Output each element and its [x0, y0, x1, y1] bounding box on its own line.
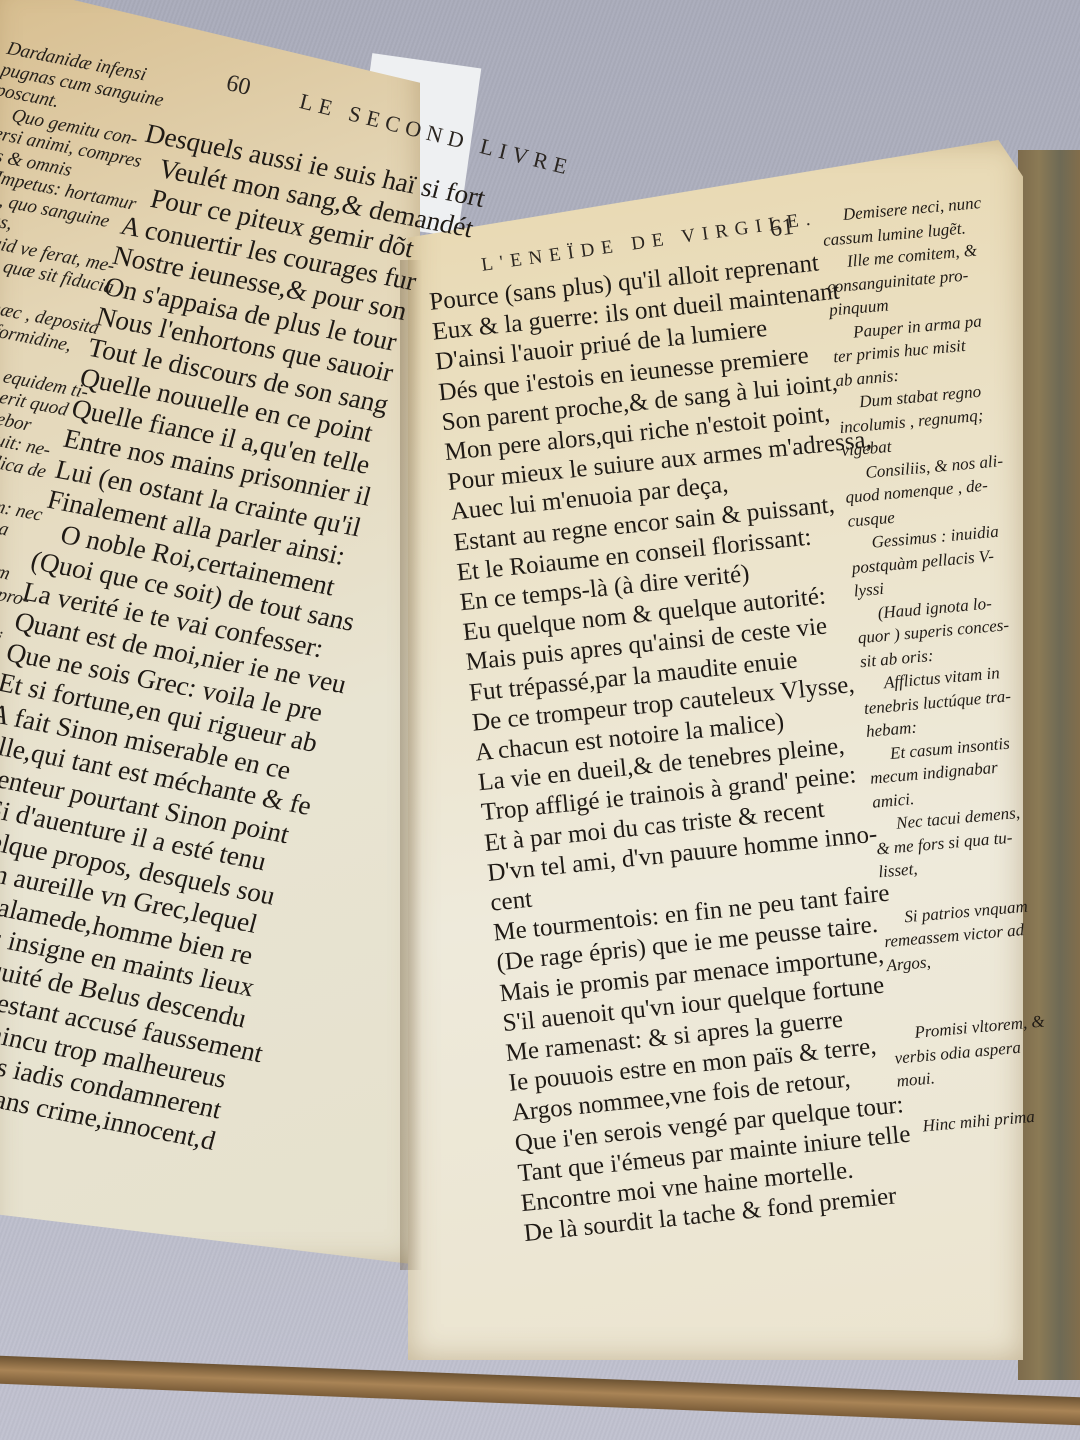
right-folio: 61: [769, 214, 796, 243]
left-folio: 60: [224, 70, 254, 101]
book-gutter: [400, 260, 422, 1270]
